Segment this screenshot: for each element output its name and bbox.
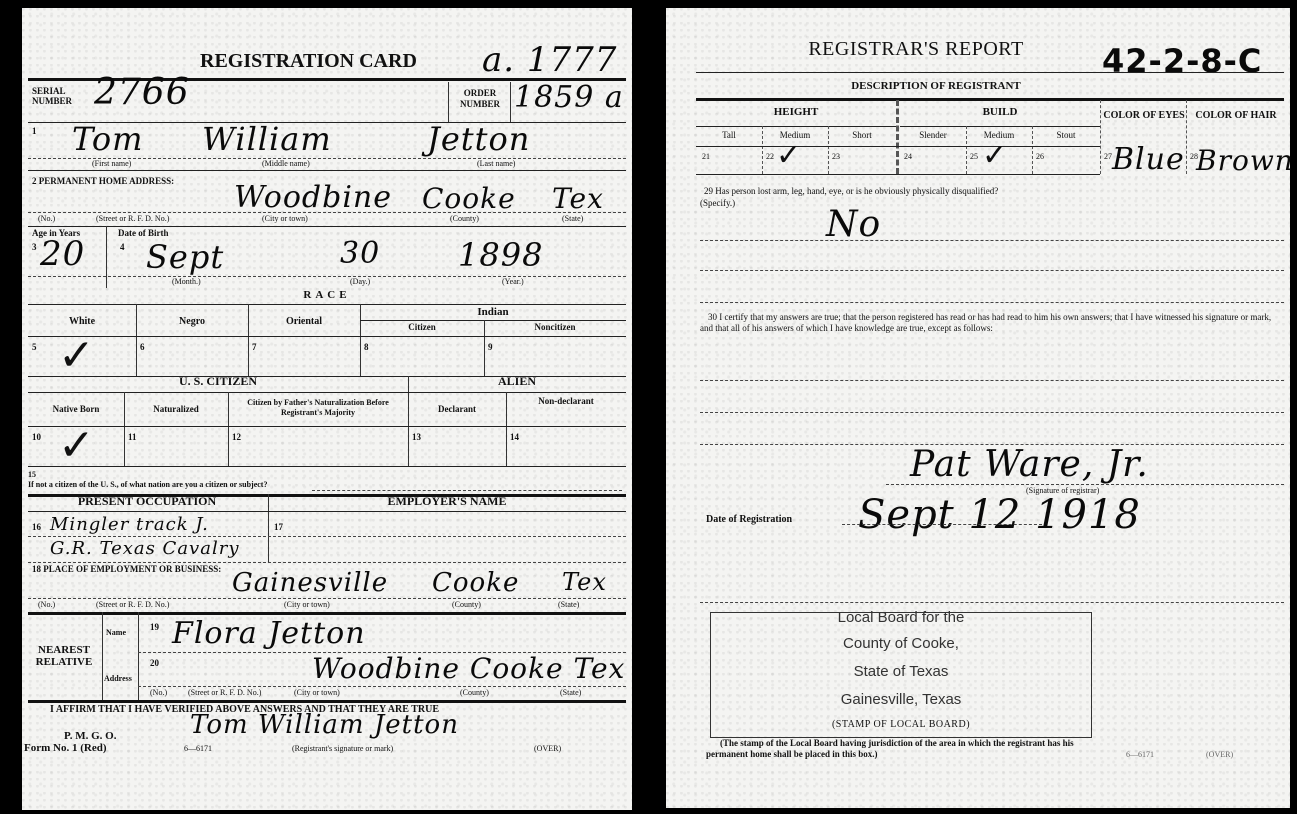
over-label: (OVER) — [534, 744, 561, 753]
build-col-stout: Stout — [1032, 130, 1100, 140]
alien-col-declarant: Declarant — [408, 404, 506, 414]
last-name-label: (Last name) — [477, 159, 515, 168]
divider — [1186, 100, 1187, 174]
divider — [28, 700, 626, 703]
divider — [842, 524, 1042, 525]
divider — [312, 490, 622, 491]
divider — [28, 536, 626, 537]
divider — [228, 392, 229, 466]
divider — [106, 226, 107, 288]
employer-heading: EMPLOYER'S NAME — [268, 494, 626, 509]
home-address-label: 2 PERMANENT HOME ADDRESS: — [32, 176, 174, 186]
field-number: 9 — [488, 342, 493, 352]
eye-color-heading: COLOR OF EYES — [1102, 110, 1186, 122]
relative-address-label: Address — [104, 674, 132, 683]
card-title: REGISTRATION CARD — [200, 50, 417, 73]
nearest-relative-heading: NEAREST RELATIVE — [28, 644, 100, 668]
birth-day-label: (Day.) — [350, 277, 370, 286]
field-number: 15 — [28, 470, 36, 479]
signature-label: (Registrant's signature or mark) — [292, 744, 393, 753]
race-col-indian-noncitizen: Noncitizen — [484, 322, 626, 332]
divider — [510, 82, 511, 122]
form-code: 6—6171 — [1126, 750, 1154, 759]
employment-place-label: 18 PLACE OF EMPLOYMENT OR BUSINESS: — [32, 564, 221, 574]
divider — [886, 484, 1284, 485]
question-30-text: 30 I certify that my answers are true; t… — [700, 312, 1280, 334]
address-county-label: (County) — [460, 688, 489, 697]
divider — [28, 212, 626, 213]
occupation-value-line2: G.R. Texas Cavalry — [50, 538, 240, 559]
employment-state-value: Tex — [562, 568, 607, 596]
stamp-note: (The stamp of the Local Board having jur… — [706, 738, 1106, 760]
divider — [408, 376, 409, 466]
divider — [700, 412, 1284, 413]
age-value: 20 — [40, 234, 85, 274]
race-col-indian-citizen: Citizen — [360, 322, 484, 332]
divider — [896, 100, 899, 174]
alien-heading: ALIEN — [408, 374, 626, 389]
serial-number-value: 2766 — [94, 72, 190, 113]
divider — [28, 426, 626, 427]
field-number: 22 — [766, 152, 774, 161]
height-col-tall: Tall — [696, 130, 762, 140]
checkmark-icon: ✓ — [776, 138, 801, 173]
divider — [700, 380, 1284, 381]
race-col-white: White — [28, 316, 136, 327]
divider — [700, 240, 1284, 241]
field-number: 5 — [32, 342, 37, 352]
middle-name-value: William — [202, 120, 332, 158]
field-number: 12 — [232, 432, 241, 442]
registrars-report-back: REGISTRAR'S REPORT 42-2-8-C DESCRIPTION … — [666, 8, 1290, 808]
divider — [28, 392, 626, 393]
first-name-value: Tom — [72, 120, 143, 158]
field-number: 23 — [832, 152, 840, 161]
address-street-label: (Street or R. F. D. No.) — [96, 600, 169, 609]
address-state-label: (State) — [562, 214, 583, 223]
field-number: 7 — [252, 342, 257, 352]
address-no-label: (No.) — [38, 600, 55, 609]
address-county-label: (County) — [452, 600, 481, 609]
over-label: (OVER) — [1206, 750, 1233, 759]
stamp-line: Local Board for the — [711, 609, 1091, 626]
field-number: 6 — [140, 342, 145, 352]
divider — [696, 126, 896, 127]
divider — [696, 98, 1284, 101]
birth-field-number: 4 — [120, 242, 125, 252]
divider — [28, 170, 626, 171]
serial-number-label: SERIAL NUMBER — [32, 86, 92, 106]
field-number: 1 — [32, 126, 37, 136]
registration-date-value: Sept 12 1918 — [858, 492, 1141, 538]
occupation-value-line1: Mingler track J. — [50, 514, 209, 535]
citizen-col-native: Native Born — [28, 404, 124, 414]
registration-card-front: REGISTRATION CARD a. 1777 SERIAL NUMBER … — [22, 8, 632, 810]
field-number: 25 — [970, 152, 978, 161]
field-number: 21 — [702, 152, 710, 161]
address-no-label: (No.) — [150, 688, 167, 697]
alien-col-nondeclarant: Non-declarant — [518, 396, 614, 407]
field-number: 17 — [274, 522, 283, 532]
divider — [28, 511, 626, 512]
build-col-slender: Slender — [900, 130, 966, 140]
divider — [696, 146, 1100, 147]
divider — [696, 72, 1284, 73]
divider — [448, 82, 449, 122]
employment-county-value: Cooke — [432, 568, 519, 598]
divider — [28, 598, 626, 599]
registration-date-label: Date of Registration — [706, 514, 792, 525]
divider — [248, 304, 249, 376]
divider — [28, 466, 626, 467]
birth-date-label: Date of Birth — [118, 228, 169, 238]
divider — [900, 126, 1100, 127]
field-number: 24 — [904, 152, 912, 161]
form-id-line1: P. M. G. O. — [64, 730, 116, 742]
field-number: 10 — [32, 432, 41, 442]
title-annotation: a. 1777 — [482, 40, 617, 80]
relative-address-value: Woodbine Cooke Tex — [312, 652, 625, 685]
birth-day-value: 30 — [340, 236, 380, 271]
report-title: REGISTRAR'S REPORT — [666, 38, 1166, 61]
question-29-answer: No — [826, 204, 881, 245]
question-29-text: 29 Has person lost arm, leg, hand, eye, … — [704, 186, 1284, 196]
divider — [28, 304, 626, 305]
report-annotation: 42-2-8-C — [1102, 42, 1262, 80]
local-board-stamp-box: Local Board for the County of Cooke, Sta… — [710, 612, 1092, 738]
divider — [28, 612, 626, 615]
field-number: 16 — [32, 522, 41, 532]
order-number-label: ORDER NUMBER — [452, 88, 508, 110]
stamp-line: County of Cooke, — [711, 635, 1091, 652]
address-state-label: (State) — [558, 600, 579, 609]
divider — [1100, 100, 1101, 174]
address-street-label: (Street or R. F. D. No.) — [96, 214, 169, 223]
citizen-col-father-naturalization: Citizen by Father's Naturalization Befor… — [232, 398, 404, 418]
description-heading: DESCRIPTION OF REGISTRANT — [666, 80, 1206, 92]
address-no-label: (No.) — [38, 214, 55, 223]
divider — [28, 562, 626, 563]
specify-label: (Specify.) — [700, 198, 735, 208]
race-col-oriental: Oriental — [248, 316, 360, 327]
order-number-value: 1859 a — [514, 80, 624, 115]
field-number: 27 — [1104, 152, 1112, 161]
divider — [360, 320, 626, 321]
divider — [28, 226, 626, 227]
divider — [28, 336, 626, 337]
address-state-label: (State) — [560, 688, 581, 697]
field-number: 20 — [150, 658, 159, 668]
form-id-line2: Form No. 1 (Red) — [24, 742, 106, 754]
divider — [700, 270, 1284, 271]
race-heading: RACE — [22, 289, 632, 301]
address-city-label: (City or town) — [284, 600, 330, 609]
checkmark-icon: ✓ — [982, 138, 1007, 173]
divider — [696, 174, 1100, 175]
divider — [102, 612, 103, 700]
first-name-label: (First name) — [92, 159, 131, 168]
home-state-value: Tex — [552, 182, 604, 215]
middle-name-label: (Middle name) — [262, 159, 310, 168]
divider — [28, 276, 626, 277]
field-number: 8 — [364, 342, 369, 352]
field-number: 26 — [1036, 152, 1044, 161]
relative-name-label: Name — [106, 628, 126, 637]
address-city-label: (City or town) — [262, 214, 308, 223]
build-heading: BUILD — [900, 106, 1100, 118]
field-number: 19 — [150, 622, 159, 632]
citizen-col-naturalized: Naturalized — [124, 404, 228, 414]
divider — [700, 302, 1284, 303]
divider — [138, 686, 626, 687]
address-city-label: (City or town) — [294, 688, 340, 697]
birth-month-value: Sept — [146, 238, 224, 276]
race-col-indian: Indian — [360, 306, 626, 318]
race-col-negro: Negro — [136, 316, 248, 327]
us-citizen-heading: U. S. CITIZEN — [28, 374, 408, 389]
height-col-short: Short — [828, 130, 896, 140]
stamp-line: Gainesville, Texas — [711, 691, 1091, 708]
home-county-value: Cooke — [422, 182, 516, 215]
eye-color-value: Blue — [1112, 142, 1185, 177]
stamp-line: State of Texas — [711, 663, 1091, 680]
last-name-value: Jetton — [427, 120, 530, 158]
address-county-label: (County) — [450, 214, 479, 223]
registrar-signature: Pat Ware, Jr. — [910, 444, 1149, 485]
divider — [506, 392, 507, 466]
question-15-text: If not a citizen of the U. S., of what n… — [28, 480, 267, 489]
divider — [700, 602, 1284, 603]
employment-city-value: Gainesville — [232, 568, 388, 598]
height-heading: HEIGHT — [696, 106, 896, 118]
field-number: 13 — [412, 432, 421, 442]
relative-name-value: Flora Jetton — [172, 616, 366, 651]
hair-color-heading: COLOR OF HAIR — [1188, 110, 1284, 122]
stamp-caption: (STAMP OF LOCAL BOARD) — [711, 719, 1091, 730]
home-city-value: Woodbine — [234, 180, 392, 215]
form-code: 6—6171 — [184, 744, 212, 753]
field-number: 11 — [128, 432, 137, 442]
divider — [136, 304, 137, 376]
registrant-signature: Tom William Jetton — [190, 710, 459, 740]
hair-color-value: Brown — [1196, 144, 1294, 177]
birth-year-label: (Year.) — [502, 277, 524, 286]
birth-year-value: 1898 — [458, 236, 543, 274]
field-number: 14 — [510, 432, 519, 442]
occupation-heading: PRESENT OCCUPATION — [28, 494, 266, 509]
birth-month-label: (Month.) — [172, 277, 201, 286]
age-field-number: 3 — [32, 242, 37, 252]
address-street-label: (Street or R. F. D. No.) — [188, 688, 261, 697]
checkmark-icon: ✓ — [58, 420, 95, 471]
